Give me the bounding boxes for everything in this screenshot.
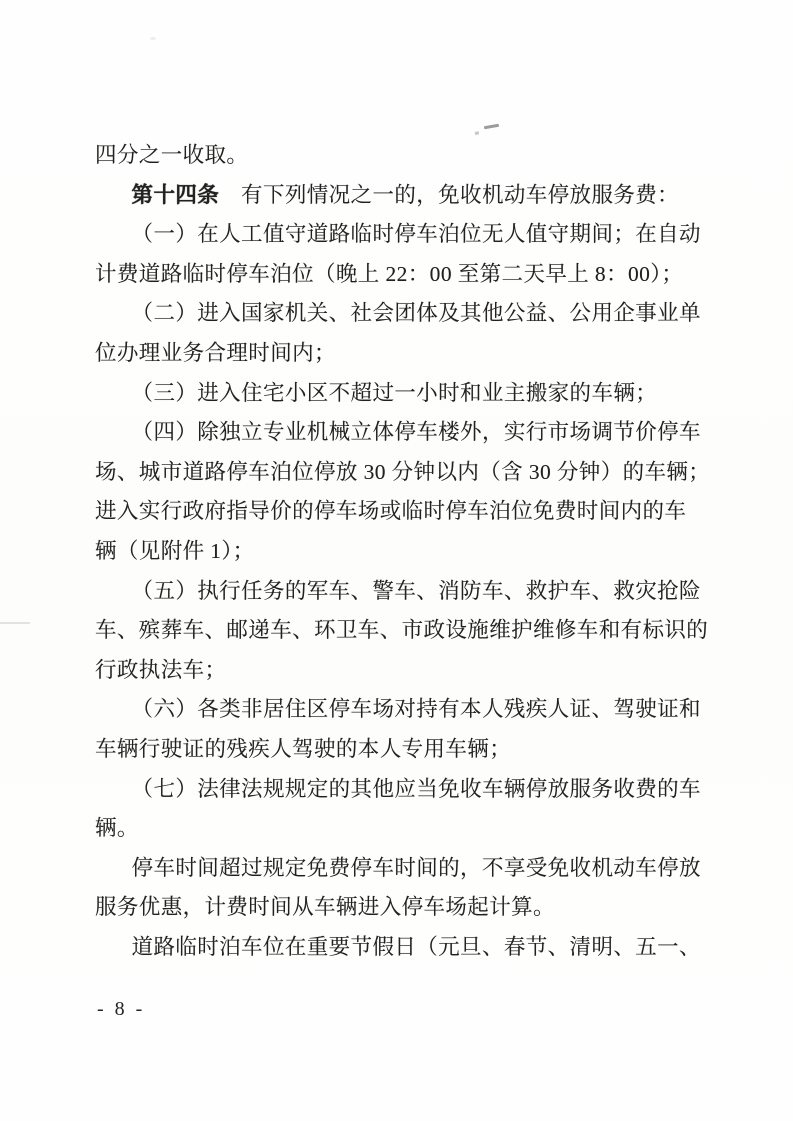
text-segment: 辆。 bbox=[95, 816, 139, 840]
text-segment: 车辆行驶证的残疾人驾驶的本人专用车辆； bbox=[95, 737, 511, 761]
text-segment: 进入实行政府指导价的停车场或临时停车泊位免费时间内的车 bbox=[95, 499, 686, 523]
text-line: 道路临时泊车位在重要节假日（元旦、春节、清明、五一、 bbox=[95, 928, 735, 968]
text-segment: 有下列情况之一的，免收机动车停放服务费： bbox=[219, 183, 679, 207]
scan-tick-artifact bbox=[484, 124, 499, 130]
text-segment: （四）除独立专业机械立体停车楼外，实行市场调节价停车 bbox=[132, 420, 701, 444]
text-segment: 行政执法车； bbox=[95, 658, 226, 682]
text-line: 停车时间超过规定免费停车时间的，不享受免收机动车停放 bbox=[95, 849, 735, 889]
text-segment: 场、城市道路停车泊位停放 30 分钟以内（含 30 分钟）的车辆； bbox=[95, 460, 710, 484]
text-line: 行政执法车； bbox=[95, 651, 735, 691]
text-segment: （五）执行任务的军车、警车、消防车、救护车、救灾抢险 bbox=[132, 579, 701, 603]
text-line: （四）除独立专业机械立体停车楼外，实行市场调节价停车 bbox=[95, 413, 735, 453]
scan-speck-artifact bbox=[150, 37, 156, 40]
text-segment: 道路临时泊车位在重要节假日（元旦、春节、清明、五一、 bbox=[132, 935, 701, 959]
text-line: （三）进入住宅小区不超过一小时和业主搬家的车辆； bbox=[95, 374, 735, 414]
text-segment: 计费道路临时停车泊位（晚上 22：00 至第二天早上 8：00）； bbox=[95, 262, 683, 286]
text-segment: 四分之一收取。 bbox=[95, 143, 248, 167]
text-line: 计费道路临时停车泊位（晚上 22：00 至第二天早上 8：00）； bbox=[95, 255, 735, 295]
text-line: 第十四条 有下列情况之一的，免收机动车停放服务费： bbox=[95, 176, 735, 216]
text-segment: （七）法律法规规定的其他应当免收车辆停放服务收费的车 bbox=[132, 777, 701, 801]
text-segment: （三）进入住宅小区不超过一小时和业主搬家的车辆； bbox=[132, 381, 658, 405]
text-line: 进入实行政府指导价的停车场或临时停车泊位免费时间内的车 bbox=[95, 492, 735, 532]
text-line: 车、殡葬车、邮递车、环卫车、市政设施维护维修车和有标识的 bbox=[95, 611, 735, 651]
text-segment: 停车时间超过规定免费停车时间的，不享受免收机动车停放 bbox=[132, 856, 701, 880]
text-line: （一）在人工值守道路临时停车泊位无人值守期间；在自动 bbox=[95, 215, 735, 255]
text-line: （七）法律法规规定的其他应当免收车辆停放服务收费的车 bbox=[95, 770, 735, 810]
text-segment: 辆（见附件 1）； bbox=[95, 539, 254, 563]
text-line: 辆（见附件 1）； bbox=[95, 532, 735, 572]
scan-streak-artifact bbox=[0, 622, 30, 624]
text-segment: 位办理业务合理时间内； bbox=[95, 341, 336, 365]
page-number: - 8 - bbox=[97, 998, 145, 1021]
text-segment: （二）进入国家机关、社会团体及其他公益、公用企事业单 bbox=[132, 301, 701, 325]
text-body: 四分之一收取。第十四条 有下列情况之一的，免收机动车停放服务费：（一）在人工值守… bbox=[95, 136, 735, 967]
text-line: 车辆行驶证的残疾人驾驶的本人专用车辆； bbox=[95, 730, 735, 770]
text-line: 辆。 bbox=[95, 809, 735, 849]
text-line: 四分之一收取。 bbox=[95, 136, 735, 176]
text-line: （六）各类非居住区停车场对持有本人残疾人证、驾驶证和 bbox=[95, 690, 735, 730]
text-line: 场、城市道路停车泊位停放 30 分钟以内（含 30 分钟）的车辆； bbox=[95, 453, 735, 493]
text-segment: 服务优惠，计费时间从车辆进入停车场起计算。 bbox=[95, 895, 555, 919]
text-line: （二）进入国家机关、社会团体及其他公益、公用企事业单 bbox=[95, 294, 735, 334]
text-line: （五）执行任务的军车、警车、消防车、救护车、救灾抢险 bbox=[95, 572, 735, 612]
document-page: 四分之一收取。第十四条 有下列情况之一的，免收机动车停放服务费：（一）在人工值守… bbox=[0, 0, 793, 1121]
text-segment: （一）在人工值守道路临时停车泊位无人值守期间；在自动 bbox=[132, 222, 701, 246]
text-segment: 车、殡葬车、邮递车、环卫车、市政设施维护维修车和有标识的 bbox=[95, 618, 708, 642]
article-heading: 第十四条 bbox=[132, 183, 220, 207]
text-line: 位办理业务合理时间内； bbox=[95, 334, 735, 374]
text-segment: （六）各类非居住区停车场对持有本人残疾人证、驾驶证和 bbox=[132, 697, 701, 721]
text-line: 服务优惠，计费时间从车辆进入停车场起计算。 bbox=[95, 888, 735, 928]
